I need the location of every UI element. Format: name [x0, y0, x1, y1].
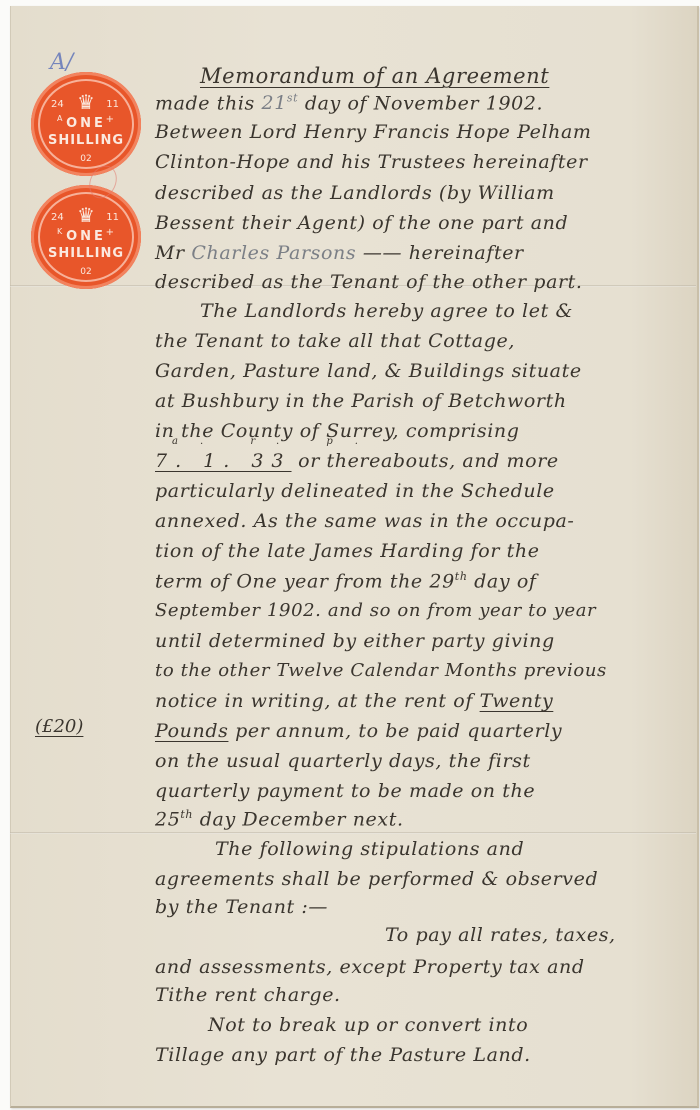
text-line: and assessments, except Property tax and — [155, 956, 585, 978]
text-line: Bessent their Agent) of the one part and — [155, 212, 568, 234]
text-line: quarterly payment to be made on the — [155, 780, 535, 802]
text-line: To pay all rates, taxes, — [385, 924, 616, 946]
fold-line — [10, 832, 696, 834]
text-line: described as the Landlords (by William — [155, 182, 555, 204]
text-line: tion of the late James Harding for the — [155, 540, 540, 562]
measure-units: a. r. p. — [172, 436, 380, 447]
text-line: The following stipulations and — [215, 838, 524, 860]
text-line: made this 21st day of November 1902. — [155, 92, 543, 114]
revenue-stamp: ♛ 24 11 K + ONE SHILLING 02 — [31, 185, 141, 289]
document-title: Memorandum of an Agreement — [200, 64, 549, 88]
text-line: Garden, Pasture land, & Buildings situat… — [155, 360, 582, 382]
text-line: September 1902. and so on from year to y… — [155, 600, 596, 621]
text-line: 7. 1. 33 or thereabouts, and more — [155, 450, 559, 472]
land-measure: 7. 1. 33 — [155, 450, 292, 472]
text-line: to the other Twelve Calendar Months prev… — [155, 660, 607, 681]
text-line: Between Lord Henry Francis Hope Pelham — [155, 121, 592, 143]
tenant-name: Charles Parsons — [191, 242, 356, 264]
text-line: term of One year from the 29th day of — [155, 570, 537, 592]
text-line: 25th day December next. — [155, 808, 404, 830]
crown-icon: ♛ — [31, 203, 141, 227]
text-line: by the Tenant :— — [155, 896, 328, 918]
text-line: Not to break up or convert into — [208, 1014, 528, 1036]
text-line: Pounds per annum, to be paid quarterly — [155, 720, 562, 742]
rent-margin-note: (£20) — [35, 716, 83, 737]
pencil-annotation: A/ — [50, 50, 73, 75]
text-line: particularly delineated in the Schedule — [155, 480, 555, 502]
text-line: Tillage any part of the Pasture Land. — [155, 1044, 531, 1066]
revenue-stamp: ♛ 24 11 A + ONE SHILLING 02 — [31, 72, 141, 176]
text-line: until determined by either party giving — [155, 630, 555, 652]
crown-icon: ♛ — [31, 90, 141, 114]
text-line: the Tenant to take all that Cottage, — [155, 330, 515, 352]
text-line: Mr Charles Parsons —— hereinafter — [155, 242, 524, 264]
text-line: annexed. As the same was in the occupa- — [155, 510, 574, 532]
text-line: The Landlords hereby agree to let & — [200, 300, 573, 322]
text-line: notice in writing, at the rent of Twenty — [155, 690, 553, 712]
text-line: on the usual quarterly days, the first — [155, 750, 531, 772]
text-line: agreements shall be performed & observed — [155, 868, 598, 890]
text-line: described as the Tenant of the other par… — [155, 271, 583, 293]
text-line: at Bushbury in the Parish of Betchworth — [155, 390, 567, 412]
text-line: Tithe rent charge. — [155, 984, 341, 1006]
text-line: Clinton-Hope and his Trustees hereinafte… — [155, 151, 588, 173]
